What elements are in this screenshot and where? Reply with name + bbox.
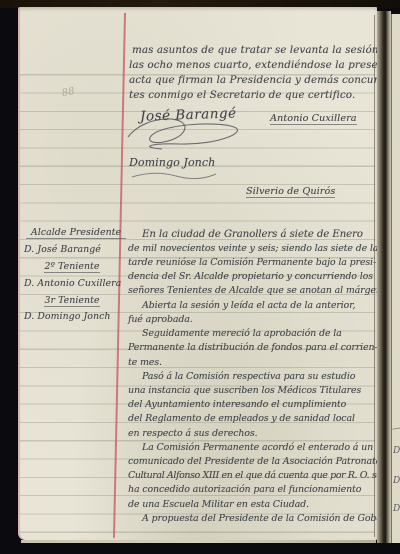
margin-attendee-alcalde: D. José Barangé [22,244,124,255]
margin-attendee-tercer-teniente: D. Domingo Jonch [22,311,124,322]
margin-attendee-segundo-teniente: D. Antonio Cuxillera [22,278,124,289]
signature-segundo-teniente: Antonio Cuxillera [270,113,357,125]
manuscript-line: una instancia que suscriben los Médicos … [128,385,361,396]
signature-secretario: Silverio de Quirós [246,186,335,198]
manuscript-line: del Ayuntamiento interesando el cumplimi… [128,399,346,410]
manuscript-line: te mes. [128,357,162,368]
facing-page-fragment: D [393,446,400,456]
margin-heading-label: 2º Teniente [44,261,99,273]
manuscript-line: Pasó á la Comisión respectiva para su es… [128,371,355,382]
manuscript-line: en respecto á sus derechos. [128,428,257,439]
manuscript-line: del Reglamento de empleados y de sanidad… [128,413,355,424]
red-margin-rule [113,13,126,538]
manuscript-line: Abierta la sesión y leída el acta de la … [128,300,355,311]
signature-alcalde: José Barangé [140,105,237,124]
manuscript-page: 88 mas asuntos de que tratar se levanta … [18,7,377,540]
margin-heading-alcalde: Alcalde Presidente [26,227,126,239]
manuscript-line: de mil novecientos veinte y seis; siendo… [128,243,378,254]
margin-heading-segundo-teniente: 2º Teniente [22,261,122,272]
facing-page-mark [392,421,400,429]
archival-photo: { "colors": { "background": "#0b0b0f", "… [0,0,400,554]
manuscript-line: A propuesta del Presidente de la Comisió… [128,513,389,524]
book-gutter [377,11,391,543]
facing-page-edge: D D. D. [391,14,400,543]
manuscript-line: comunicado del Presidente de la Asociaci… [128,456,381,467]
facing-page-fragment: D. [393,476,400,486]
signature-tercer-teniente: Domingo Jonch [129,156,215,169]
manuscript-line: Cultural Alfonso XIII en el que dá cuent… [128,470,392,481]
manuscript-line: ha concedido autorización para el funcio… [128,484,361,495]
manuscript-line: En la ciudad de Granollers á siete de En… [128,229,363,240]
manuscript-line: acta que firman la Presidencia y demás c… [129,74,400,86]
manuscript-line: las ocho menos cuarto, extendiéndose la … [129,59,395,71]
photo-frame: 88 mas asuntos de que tratar se levanta … [0,0,400,554]
margin-heading-tercer-teniente: 3r Teniente [22,295,122,306]
pencil-folio-number: 88 [61,86,76,99]
manuscript-line: Permanente la distribución de fondos par… [128,342,378,353]
manuscript-line: tes conmigo el Secretario de que certifi… [129,89,355,101]
manuscript-line: Seguidamente mereció la aprobación de la [128,328,342,339]
manuscript-line: de una Escuela Militar en esta Ciudad. [128,499,309,510]
manuscript-line: La Comisión Permanente acordó el enterad… [128,442,373,453]
manuscript-line: dencia del Sr. Alcalde propietario y con… [128,271,373,282]
facing-page-fragment: D. [393,504,400,514]
manuscript-line: señores Tenientes de Alcalde que se anot… [128,285,385,296]
manuscript-line: mas asuntos de que tratar se levanta la … [129,44,388,56]
manuscript-line: tarde reunióse la Comisión Permanente ba… [128,257,376,268]
margin-heading-label: 3r Teniente [44,295,99,307]
underlying-page-sliver [21,540,376,543]
signature-underline-flourish [130,171,220,183]
manuscript-line: fué aprobada. [128,314,193,325]
